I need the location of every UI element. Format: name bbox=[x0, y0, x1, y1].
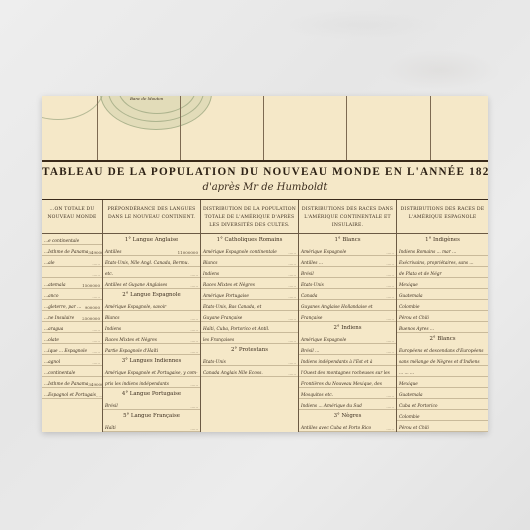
table-section-heading: 3° Langues Indiennes bbox=[103, 355, 200, 366]
table-row: Frontières du Nouveau Mexique, des bbox=[299, 377, 396, 388]
row-value: ...... bbox=[386, 294, 394, 299]
row-label: Colombie bbox=[399, 415, 420, 420]
document-subtitle: d'après Mr de Humboldt bbox=[42, 182, 488, 193]
row-value: ...... bbox=[386, 316, 394, 321]
row-label: Brésil bbox=[105, 404, 118, 409]
table-row: les Françaises...... bbox=[201, 333, 298, 344]
row-label: Pérou et Chili bbox=[399, 316, 429, 321]
table-row: Etats-Unis, Bas Canada, et bbox=[201, 300, 298, 311]
table-section-heading: 2° Protestans bbox=[201, 344, 298, 355]
table-row: pris les indiens indépendants...... bbox=[103, 377, 200, 388]
table-row: Antilles avec Cuba et Porto Rico...... bbox=[299, 421, 396, 432]
document-title: TABLEAU DE LA POPULATION DU NOUVEAU MOND… bbox=[42, 166, 488, 178]
row-label: Canada Anglais Nlle Ecoss. bbox=[203, 371, 263, 376]
table-row: ...ique ... Espagnole...... bbox=[42, 344, 102, 355]
table-row: Indiens indépendants à l'Est et à bbox=[299, 355, 396, 366]
marble-vein bbox=[280, 10, 440, 40]
table-row: l'Ouest des montagnes rocheuses sur les bbox=[299, 366, 396, 377]
row-value: ...... bbox=[190, 283, 198, 288]
column-header: PRÉPONDÉRANCE DES LANGUES DANS LE NOUVEA… bbox=[103, 200, 200, 234]
grid-line bbox=[346, 96, 347, 160]
table-section-heading: 2° Langue Espagnole bbox=[103, 289, 200, 300]
row-label: ...anco bbox=[44, 294, 58, 299]
table-row: Blancs...... bbox=[201, 256, 298, 267]
row-label: Etats-Unis, Bas Canada, et bbox=[203, 305, 261, 310]
row-label: ...ique ... Espagnole bbox=[44, 349, 87, 354]
table-row: Buenos Ayres ... bbox=[397, 322, 488, 333]
map-contour bbox=[42, 96, 104, 120]
row-label: Antilles et Guyane Anglaises bbox=[105, 283, 167, 288]
table-row: etc....... bbox=[103, 267, 200, 278]
row-label: Amérique Espagnole bbox=[301, 338, 346, 343]
table-row: Etats-Unis...... bbox=[201, 355, 298, 366]
row-label: Antilles ... bbox=[301, 261, 323, 266]
row-label: Amérique Espagnole et Portugaise, y com- bbox=[105, 371, 198, 376]
row-label: Guyane Française bbox=[203, 316, 242, 321]
row-label: Amérique Portugaise bbox=[203, 294, 249, 299]
table-row: Mexique bbox=[397, 377, 488, 388]
row-label: Blancs bbox=[105, 316, 119, 321]
table-row: Pérou et Chili bbox=[397, 311, 488, 322]
table-row: Partie Espagnole d'Haïti...... bbox=[103, 344, 200, 355]
row-label: Mexique bbox=[399, 283, 418, 288]
row-label: ...Espagnol et Portugais bbox=[44, 393, 96, 398]
table-row: Races Mixtes et Nègres...... bbox=[103, 333, 200, 344]
row-label: Indiens ... Amérique du Sud bbox=[301, 404, 362, 409]
row-label: Guyanes Anglaise Hollandaise et bbox=[301, 305, 373, 310]
row-label: Blancs bbox=[203, 261, 217, 266]
table-row: ...e continentale bbox=[42, 234, 102, 245]
table-row: ... ... ... bbox=[397, 366, 488, 377]
row-value: 1500000 bbox=[82, 283, 100, 288]
row-label: ...ne Insulaire bbox=[44, 316, 74, 321]
row-label: Haïti, Cuba, Portorico et Antil. bbox=[203, 327, 269, 332]
grid-line bbox=[97, 96, 98, 160]
column-religions: DISTRIBUTION DE LA POPULATION TOTALE DE … bbox=[200, 200, 298, 432]
column-total-population: ...ON TOTALE DU NOUVEAU MONDE ...e conti… bbox=[42, 200, 102, 432]
row-label: etc. bbox=[105, 272, 113, 277]
row-value: ...... bbox=[288, 294, 296, 299]
row-value: ...... bbox=[288, 283, 296, 288]
table-row: Guatemala bbox=[397, 289, 488, 300]
table-section-heading: 2° Indiens bbox=[299, 322, 396, 333]
table-row: Brésil...... bbox=[103, 399, 200, 410]
table-row: Canada...... bbox=[299, 289, 396, 300]
postcard: Banc de Mouton TABLEAU DE LA POPULATION … bbox=[42, 96, 488, 432]
row-value: ...... bbox=[92, 360, 100, 365]
grid-line bbox=[430, 96, 431, 160]
row-label: Européens et descendans d'Européens bbox=[399, 349, 484, 354]
row-label: ... ... ... bbox=[399, 371, 414, 376]
table-row: Exécrivains, propriétaires, sans ... bbox=[397, 256, 488, 267]
table-row: ...Espagnol et Portugais...... bbox=[42, 388, 102, 399]
row-label: de Plata et de Négr bbox=[399, 272, 442, 277]
table-row: Indiens...... bbox=[201, 267, 298, 278]
marble-vein bbox=[380, 50, 500, 90]
table-section-heading: 3° Nègres bbox=[299, 410, 396, 421]
row-value: ...... bbox=[190, 426, 198, 431]
row-value: ...... bbox=[92, 338, 100, 343]
row-label: Cuba et Portorico bbox=[399, 404, 437, 409]
divider-rule bbox=[42, 160, 488, 162]
grid-line bbox=[263, 96, 264, 160]
table-row: Haïti...... bbox=[103, 421, 200, 432]
table-row: ...continentale bbox=[42, 366, 102, 377]
table-row: Guatemala bbox=[397, 388, 488, 399]
table-row: ...atemala1500000 bbox=[42, 278, 102, 289]
row-label: Haïti bbox=[105, 426, 116, 431]
map-label: Banc de Mouton bbox=[130, 96, 163, 101]
table-row: ...ale...... bbox=[42, 256, 102, 267]
table-row: ...agnol...... bbox=[42, 355, 102, 366]
row-value: 11000000 bbox=[178, 250, 198, 255]
row-value: ...... bbox=[190, 349, 198, 354]
row-value: ...... bbox=[386, 426, 394, 431]
column-races: DISTRIBUTIONS DES RACES DANS L'AMÉRIQUE … bbox=[298, 200, 396, 432]
table-row: ...Isthme de Panama34900000 bbox=[42, 245, 102, 256]
table-section-heading: 1° Catholiques Romains bbox=[201, 234, 298, 245]
row-value: ...... bbox=[92, 261, 100, 266]
row-label: Etats-Unis bbox=[301, 283, 324, 288]
row-label: Buenos Ayres ... bbox=[399, 327, 434, 332]
row-value: ...... bbox=[288, 272, 296, 277]
column-spanish-races: DISTRIBUTIONS DES RACES DE L'AMÉRIQUE ES… bbox=[396, 200, 488, 432]
table-row: Amérique Portugaise...... bbox=[201, 289, 298, 300]
table-row: Cuba et Portorico bbox=[397, 399, 488, 410]
row-label: Etats-Unis, Nlle Angl. Canada, Bermu. bbox=[105, 261, 189, 266]
row-value: ...... bbox=[190, 327, 198, 332]
table-row: Mexique bbox=[397, 278, 488, 289]
row-label: Colombie bbox=[399, 305, 420, 310]
row-value: ...... bbox=[386, 393, 394, 398]
row-label: l'Ouest des montagnes rocheuses sur les bbox=[301, 371, 390, 376]
table-row: Colombie bbox=[397, 300, 488, 311]
table-section-heading: 5° Langue Française bbox=[103, 410, 200, 421]
table-row: Pérou et Chili bbox=[397, 421, 488, 432]
column-header: DISTRIBUTIONS DES RACES DE L'AMÉRIQUE ES… bbox=[397, 200, 488, 234]
row-value: ...... bbox=[386, 349, 394, 354]
table-row: Française...... bbox=[299, 311, 396, 322]
row-label: Brésil ... bbox=[301, 349, 319, 354]
row-label: Brésil bbox=[301, 272, 314, 277]
row-label: ...continentale bbox=[44, 371, 75, 376]
population-table: ...ON TOTALE DU NOUVEAU MONDE ...e conti… bbox=[42, 200, 488, 432]
table-section-heading: 4° Langue Portugaise bbox=[103, 388, 200, 399]
table-row: de Plata et de Négr bbox=[397, 267, 488, 278]
table-row: Amérique Espagnole...... bbox=[299, 333, 396, 344]
row-value: ...... bbox=[92, 294, 100, 299]
row-value: ...... bbox=[288, 371, 296, 376]
row-label: Amérique Espagnole, savoir bbox=[105, 305, 166, 310]
row-label: ...gleterre, par ... bbox=[44, 305, 81, 310]
column-languages: PRÉPONDÉRANCE DES LANGUES DANS LE NOUVEA… bbox=[102, 200, 200, 432]
table-row: ...olate...... bbox=[42, 333, 102, 344]
row-label: ...olate bbox=[44, 338, 59, 343]
row-value: ...... bbox=[386, 250, 394, 255]
row-label: Antilles bbox=[105, 250, 121, 255]
row-value: ...... bbox=[92, 349, 100, 354]
row-value: ...... bbox=[288, 250, 296, 255]
row-value: ...... bbox=[386, 272, 394, 277]
row-value: ...... bbox=[288, 261, 296, 266]
row-label: Exécrivains, propriétaires, sans ... bbox=[399, 261, 474, 266]
row-value: ...... bbox=[190, 404, 198, 409]
table-row: Amérique Espagnole...... bbox=[299, 245, 396, 256]
table-section-heading: 1° Indigènes bbox=[397, 234, 488, 245]
table-row: Blancs...... bbox=[103, 311, 200, 322]
row-value: ...... bbox=[190, 382, 198, 387]
table-row: ...anco...... bbox=[42, 289, 102, 300]
table-row: Indiens Romains ... mar ... bbox=[397, 245, 488, 256]
row-value: 34900000 bbox=[88, 382, 102, 387]
table-section-heading: 1° Langue Anglaise bbox=[103, 234, 200, 245]
row-label: Pérou et Chili bbox=[399, 426, 429, 431]
row-label: ...atemala bbox=[44, 283, 66, 288]
column-header: DISTRIBUTION DE LA POPULATION TOTALE DE … bbox=[201, 200, 298, 234]
row-label: Amérique Espagnole bbox=[301, 250, 346, 255]
row-label: ...Isthme de Panama bbox=[44, 250, 88, 255]
grid-line bbox=[180, 96, 181, 160]
row-value: ...... bbox=[190, 272, 198, 277]
table-row: Indiens ... Amérique du Sud...... bbox=[299, 399, 396, 410]
row-label: Indiens indépendants à l'Est et à bbox=[301, 360, 372, 365]
table-row: Guyanes Anglaise Hollandaise et bbox=[299, 300, 396, 311]
table-row: Canada Anglais Nlle Ecoss....... bbox=[201, 366, 298, 377]
table-row: Européens et descendans d'Européens bbox=[397, 344, 488, 355]
row-value: ...... bbox=[386, 338, 394, 343]
row-label: Partie Espagnole d'Haïti bbox=[105, 349, 158, 354]
row-value: ...... bbox=[190, 316, 198, 321]
row-label: Antilles avec Cuba et Porto Rico bbox=[301, 426, 371, 431]
row-value: ...... bbox=[386, 404, 394, 409]
table-row: Colombie bbox=[397, 410, 488, 421]
table-row: sans mélange de Nègres et d'Indiens bbox=[397, 355, 488, 366]
row-label: ...Isthme de Panama bbox=[44, 382, 88, 387]
row-value: ...... bbox=[386, 261, 394, 266]
row-value: 34900000 bbox=[88, 250, 102, 255]
table-row: Etats-Unis, Nlle Angl. Canada, Bermu. bbox=[103, 256, 200, 267]
table-row: Mosquitos etc....... bbox=[299, 388, 396, 399]
table-section-heading: 1° Blancs bbox=[299, 234, 396, 245]
row-value: ...... bbox=[92, 272, 100, 277]
column-header: ...ON TOTALE DU NOUVEAU MONDE bbox=[42, 200, 102, 234]
table-row: ...ne Insulaire2500000 bbox=[42, 311, 102, 322]
row-label: Indiens bbox=[203, 272, 219, 277]
row-label: ...aragua bbox=[44, 327, 63, 332]
row-label: les Françaises bbox=[203, 338, 234, 343]
map-fragment: Banc de Mouton bbox=[42, 96, 488, 160]
table-row: Amérique Espagnole continentale...... bbox=[201, 245, 298, 256]
table-section-heading: 2° Blancs bbox=[397, 333, 488, 344]
table-row: ...Isthme de Panama34900000 bbox=[42, 377, 102, 388]
table-row: Antilles11000000 bbox=[103, 245, 200, 256]
row-label: Races Mixtes et Nègres bbox=[105, 338, 157, 343]
row-value: ...... bbox=[190, 338, 198, 343]
row-label: Française bbox=[301, 316, 322, 321]
row-value: 2500000 bbox=[82, 316, 100, 321]
row-label: Frontières du Nouveau Mexique, des bbox=[301, 382, 382, 387]
table-row: Amérique Espagnole et Portugaise, y com- bbox=[103, 366, 200, 377]
row-value: ...... bbox=[92, 327, 100, 332]
table-row: Antilles et Guyane Anglaises...... bbox=[103, 278, 200, 289]
row-label: Etats-Unis bbox=[203, 360, 226, 365]
table-row: Brésil ......... bbox=[299, 344, 396, 355]
table-row: Indiens...... bbox=[103, 322, 200, 333]
row-label: pris les indiens indépendants bbox=[105, 382, 169, 387]
column-header: DISTRIBUTIONS DES RACES DANS L'AMÉRIQUE … bbox=[299, 200, 396, 234]
row-label: Indiens bbox=[105, 327, 121, 332]
row-value: ...... bbox=[288, 338, 296, 343]
table-row: ...aragua...... bbox=[42, 322, 102, 333]
table-row: Amérique Espagnole, savoir bbox=[103, 300, 200, 311]
table-row: Haïti, Cuba, Portorico et Antil. bbox=[201, 322, 298, 333]
row-label: Indiens Romains ... mar ... bbox=[399, 250, 456, 255]
table-row: Antilles ......... bbox=[299, 256, 396, 267]
row-label: Mosquitos etc. bbox=[301, 393, 333, 398]
table-row: Guyane Française...... bbox=[201, 311, 298, 322]
row-label: Mexique bbox=[399, 382, 418, 387]
table-row: Races Mixtes et Nègres...... bbox=[201, 278, 298, 289]
row-label: ...ale bbox=[44, 261, 55, 266]
table-row: ...... bbox=[42, 267, 102, 278]
row-label: Guatemala bbox=[399, 294, 423, 299]
table-row: Brésil...... bbox=[299, 267, 396, 278]
row-label: ...agnol bbox=[44, 360, 60, 365]
row-label: Canada bbox=[301, 294, 318, 299]
row-label: ...e continentale bbox=[44, 239, 79, 244]
row-value: 900000 bbox=[85, 305, 100, 310]
row-value: ...... bbox=[386, 283, 394, 288]
row-label: Amérique Espagnole continentale bbox=[203, 250, 277, 255]
row-label: Guatemala bbox=[399, 393, 423, 398]
row-value: ...... bbox=[288, 316, 296, 321]
row-label: Races Mixtes et Nègres bbox=[203, 283, 255, 288]
table-row: Etats-Unis...... bbox=[299, 278, 396, 289]
table-row: ...gleterre, par ...900000 bbox=[42, 300, 102, 311]
row-label: sans mélange de Nègres et d'Indiens bbox=[399, 360, 480, 365]
row-value: ...... bbox=[288, 360, 296, 365]
